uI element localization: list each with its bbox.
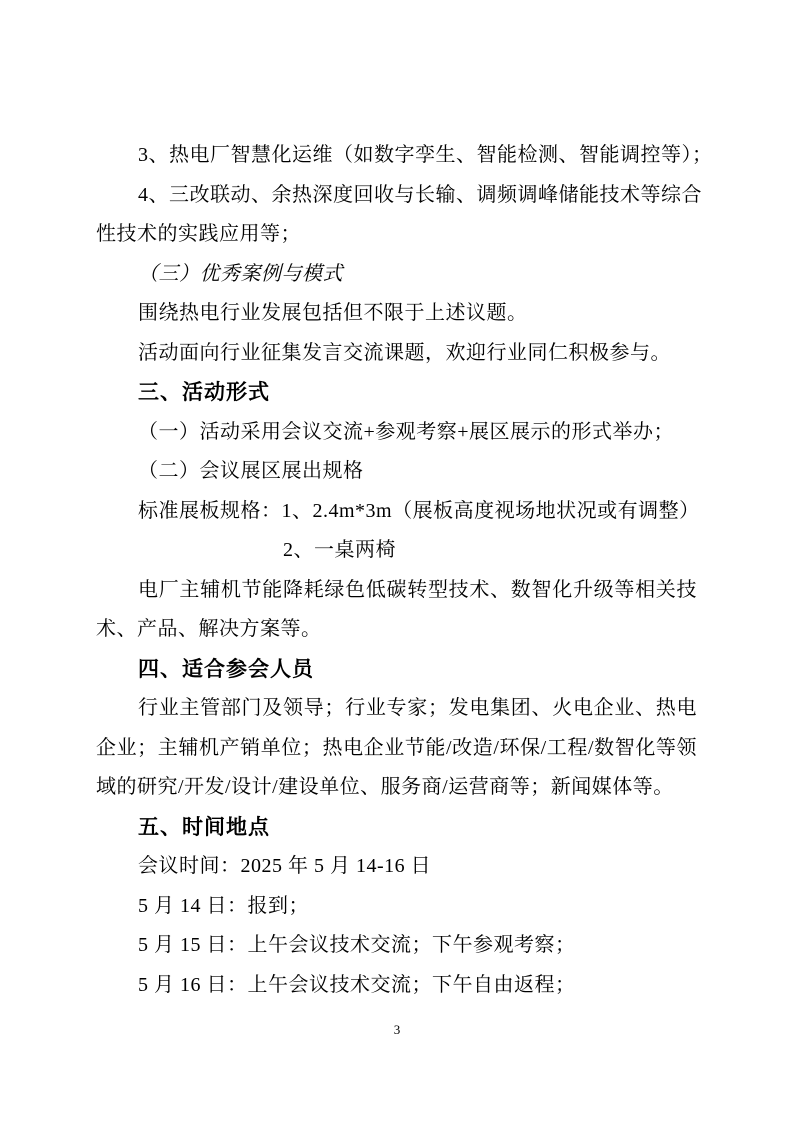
subsection-heading-excellent-cases: （三）优秀案例与模式 (96, 255, 697, 295)
para-schedule-may-14: 5 月 14 日：报到； (96, 887, 697, 927)
document-body: 3、热电厂智慧化运维（如数字孪生、智能检测、智能调控等）； 4、三改联动、余热深… (96, 136, 697, 1005)
list-item-topic-4-line2: 性技术的实践应用等； (96, 215, 697, 255)
document-page: 3、热电厂智慧化运维（如数字孪生、智能检测、智能调控等）； 4、三改联动、余热深… (0, 0, 794, 1123)
list-item-topic-4-line1: 4、三改联动、余热深度回收与长输、调频调峰储能技术等综合 (96, 176, 697, 216)
para-topics-scope: 围绕热电行业发展包括但不限于上述议题。 (96, 294, 697, 334)
list-item-topic-3: 3、热电厂智慧化运维（如数字孪生、智能检测、智能调控等）； (96, 136, 697, 176)
para-meeting-time: 会议时间：2025 年 5 月 14-16 日 (96, 847, 697, 887)
section-heading-time-location: 五、时间地点 (96, 808, 697, 848)
para-topic-solicitation: 活动面向行业征集发言交流课题，欢迎行业同仁积极参与。 (96, 334, 697, 374)
section-heading-target-attendees: 四、适合参会人员 (96, 650, 697, 690)
page-number: 3 (0, 1020, 794, 1040)
para-schedule-may-16: 5 月 16 日：上午会议技术交流；下午自由返程； (96, 966, 697, 1006)
para-panel-spec-2: 2、一桌两椅 (96, 531, 697, 571)
para-panel-spec-1: 标准展板规格：1、2.4m*3m（展板高度视场地状况或有调整） (96, 492, 697, 532)
para-schedule-may-15: 5 月 15 日：上午会议技术交流；下午参观考察； (96, 926, 697, 966)
para-attendees-line2: 企业；主辅机产销单位；热电企业节能/改造/环保/工程/数智化等领 (96, 729, 697, 769)
para-activity-format: （一）活动采用会议交流+参观考察+展区展示的形式举办； (96, 413, 697, 453)
para-attendees-line1: 行业主管部门及领导；行业专家；发电集团、火电企业、热电 (96, 689, 697, 729)
section-heading-activity-format: 三、活动形式 (96, 373, 697, 413)
para-exhibit-content-line2: 术、产品、解决方案等。 (96, 610, 697, 650)
subsection-heading-exhibition-specs: （二）会议展区展出规格 (96, 452, 697, 492)
para-exhibit-content-line1: 电厂主辅机节能降耗绿色低碳转型技术、数智化升级等相关技 (96, 571, 697, 611)
para-attendees-line3: 域的研究/开发/设计/建设单位、服务商/运营商等；新闻媒体等。 (96, 768, 697, 808)
